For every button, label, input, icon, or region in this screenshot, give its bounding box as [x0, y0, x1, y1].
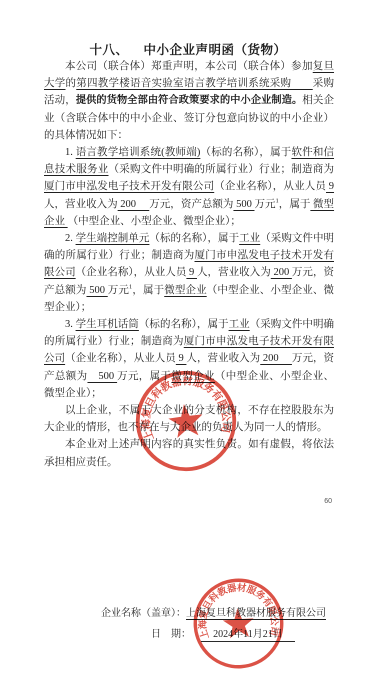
- text-run: 人，营业收入为: [44, 199, 118, 210]
- text-run: 厦门市申泓发电子技术开发有限公司: [44, 181, 214, 192]
- text-run: （标的名称），属于: [139, 319, 229, 330]
- text-run: （采购文件中明确的所属行业）行业；制造商为: [109, 164, 335, 175]
- text-run: 3.: [65, 319, 76, 330]
- text-run: 500: [86, 285, 107, 296]
- text-run: 语言教学培训系统(教师端): [76, 147, 201, 158]
- text-run: （标的名称），属于: [149, 233, 239, 244]
- text-run: （企业名称），从业人员: [76, 267, 187, 278]
- paragraph-declaration: 本公司（联合体）郑重声明，本公司（联合体）参加复旦大学的第四教学楼语音实验室语言…: [44, 58, 334, 144]
- text-run: 500: [87, 371, 117, 382]
- text-run: ，属于: [132, 285, 164, 296]
- text-run: 本公司（联合体）郑重声明，本公司（联合体）参加: [65, 61, 313, 72]
- text-run: （企业名称），从业人员: [65, 353, 176, 364]
- text-run: 1.: [65, 147, 76, 158]
- text-run: 万元，资产总额为: [149, 199, 233, 210]
- text-run: 200: [260, 353, 292, 364]
- text-run: 万元: [108, 285, 129, 296]
- text-run: 工业: [239, 233, 260, 244]
- text-run: （企业名称），从业人员: [214, 181, 326, 192]
- date-row: 日 期：2024年11月21日: [0, 625, 376, 646]
- text-run: 万元: [254, 199, 275, 210]
- date-label: 日 期：: [151, 629, 191, 640]
- text-run: ，属于: [279, 199, 311, 210]
- text-run: 学生耳机话筒: [76, 319, 139, 330]
- text-run: 工业: [229, 319, 250, 330]
- text-run: 的: [66, 78, 77, 89]
- seal-star-icon: [167, 402, 205, 439]
- text-run: 学生端控制单元: [76, 233, 150, 244]
- text-run: 人，营业收入为: [197, 267, 271, 278]
- text-run: 9: [176, 353, 187, 364]
- document-title: 十八、中小企业声明函（货物）: [0, 40, 376, 58]
- text-run: 提供的货物全部由符合政策要求的中小企业制造。: [76, 95, 302, 106]
- title-section-number: 十八、: [89, 43, 128, 57]
- text-run: 2.: [65, 233, 76, 244]
- signature-block: 企业名称（盖章）：上海复旦科教器材服务有限公司 日 期：2024年11月21日: [0, 604, 376, 646]
- text-run: 9: [326, 181, 334, 192]
- company-name-row: 企业名称（盖章）：上海复旦科教器材服务有限公司: [0, 604, 376, 625]
- text-run: 第四教学楼语音实验室语言教学培训系统采购: [76, 78, 313, 89]
- company-seal-middle: 上海复旦科教器材服务有限公司: [127, 362, 245, 480]
- company-seal-bottom: 上海复旦科教器材服务有限公司: [188, 573, 289, 674]
- page-number: 60: [324, 498, 332, 505]
- title-text: 中小企业声明函（货物）: [144, 43, 287, 57]
- paragraph-item-2: 2. 学生端控制单元（标的名称），属于工业（采购文件中明确的所属行业）行业；制造…: [44, 230, 334, 316]
- company-name-label: 企业名称（盖章）：: [101, 608, 186, 619]
- text-run: 9: [186, 267, 197, 278]
- text-run: 微型企业: [164, 285, 206, 296]
- text-run: 200: [118, 199, 150, 210]
- text-run: 200: [271, 267, 292, 278]
- document-page: 十八、中小企业声明函（货物） 本公司（联合体）郑重声明，本公司（联合体）参加复旦…: [0, 0, 376, 688]
- paragraph-item-1: 1. 语言教学培训系统(教师端)（标的名称），属于软件和信息技术服务业（采购文件…: [44, 144, 334, 230]
- text-run: 500: [233, 199, 254, 210]
- text-run: （标的名称），属于: [200, 147, 291, 158]
- seal-star-icon: [222, 607, 255, 638]
- text-run: （中型企业、小型企业、微型企业）；: [68, 216, 241, 227]
